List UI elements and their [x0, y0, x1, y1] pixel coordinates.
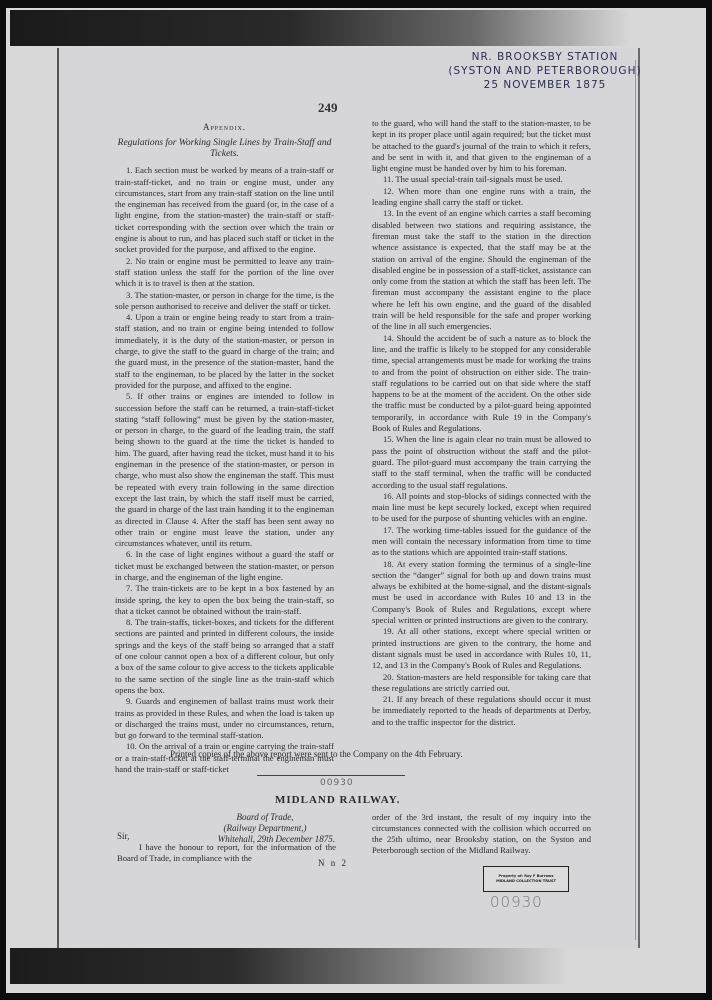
handwritten-annotation: NR. BROOKSBY STATION (SYSTON AND PETERBO…: [445, 50, 645, 92]
printed-note: Printed copies of the above report were …: [170, 749, 463, 759]
page-number: 249: [318, 100, 338, 116]
regulation-paragraph: 18. At every station forming the terminu…: [372, 559, 591, 627]
letter-head: Board of Trade, (Railway Department,) Wh…: [195, 812, 335, 845]
section-divider: [257, 775, 405, 776]
regulation-paragraph: 3. The station-master, or person in char…: [115, 290, 334, 313]
section-heading: MIDLAND RAILWAY.: [275, 794, 400, 806]
right-paragraphs: to the guard, who will hand the staff to…: [372, 118, 591, 728]
stamp-collection: MIDLAND COLLECTION TRUST: [484, 879, 568, 884]
handwritten-line: NR. BROOKSBY STATION: [445, 50, 645, 64]
page-edge: [626, 60, 636, 940]
scan-shadow-bottom: [10, 948, 570, 984]
regulation-paragraph: 5. If other trains or engines are intend…: [115, 391, 334, 549]
regulation-paragraph: 13. In the event of an engine which carr…: [372, 208, 591, 332]
regulations-title: Regulations for Working Single Lines by …: [115, 138, 334, 160]
right-column: to the guard, who will hand the staff to…: [372, 118, 591, 728]
regulation-paragraph: 16. All points and stop-blocks of siding…: [372, 491, 591, 525]
regulation-paragraph: 21. If any breach of these regulations s…: [372, 694, 591, 728]
regulation-paragraph: 7. The train-tickets are to be kept in a…: [115, 583, 334, 617]
letter-body-right: order of the 3rd instant, the result of …: [372, 812, 591, 856]
handwritten-line: (SYSTON AND PETERBOROUGH): [445, 64, 645, 78]
regulation-paragraph: 15. When the line is again clear no trai…: [372, 434, 591, 490]
letter-head-line: (Railway Department,): [195, 823, 335, 834]
regulation-paragraph: to the guard, who will hand the staff to…: [372, 118, 591, 174]
regulation-paragraph: 9. Guards and enginemen of ballast train…: [115, 696, 334, 741]
property-stamp: Property of: Roy F Burrows MIDLAND COLLE…: [483, 866, 569, 892]
regulation-paragraph: 8. The train-staffs, ticket-boxes, and t…: [115, 617, 334, 696]
stamp-number-bottom: 00930: [490, 893, 543, 911]
regulation-paragraph: 20. Station-masters are held responsible…: [372, 672, 591, 695]
signature-mark: N n 2: [318, 858, 348, 868]
regulation-paragraph: 6. In the case of light engines without …: [115, 549, 334, 583]
stamp-number-top: 00930: [320, 778, 354, 788]
appendix-heading: Appendix.: [115, 122, 334, 133]
scan-shadow-top: [10, 10, 630, 46]
letter-body-left: I have the honour to report, for the inf…: [117, 842, 336, 864]
letter-head-line: Board of Trade,: [195, 812, 335, 823]
regulation-paragraph: 4. Upon a train or engine being ready to…: [115, 312, 334, 391]
regulation-paragraph: 11. The usual special-train tail-signals…: [372, 174, 591, 185]
regulation-paragraph: 2. No train or engine must be permitted …: [115, 256, 334, 290]
regulation-paragraph: 12. When more than one engine runs with …: [372, 186, 591, 209]
letter-salutation: Sir,: [117, 831, 129, 841]
left-paragraphs: 1. Each section must be worked by means …: [115, 165, 334, 775]
regulation-paragraph: 19. At all other stations, except where …: [372, 626, 591, 671]
regulation-paragraph: 14. Should the accident be of such a nat…: [372, 333, 591, 435]
left-column: Appendix. Regulations for Working Single…: [115, 122, 334, 775]
regulation-paragraph: 1. Each section must be worked by means …: [115, 165, 334, 255]
letter-paragraph: I have the honour to report, for the inf…: [117, 842, 336, 864]
regulation-paragraph: 17. The working time-tables issued for t…: [372, 525, 591, 559]
handwritten-line: 25 NOVEMBER 1875: [445, 78, 645, 92]
